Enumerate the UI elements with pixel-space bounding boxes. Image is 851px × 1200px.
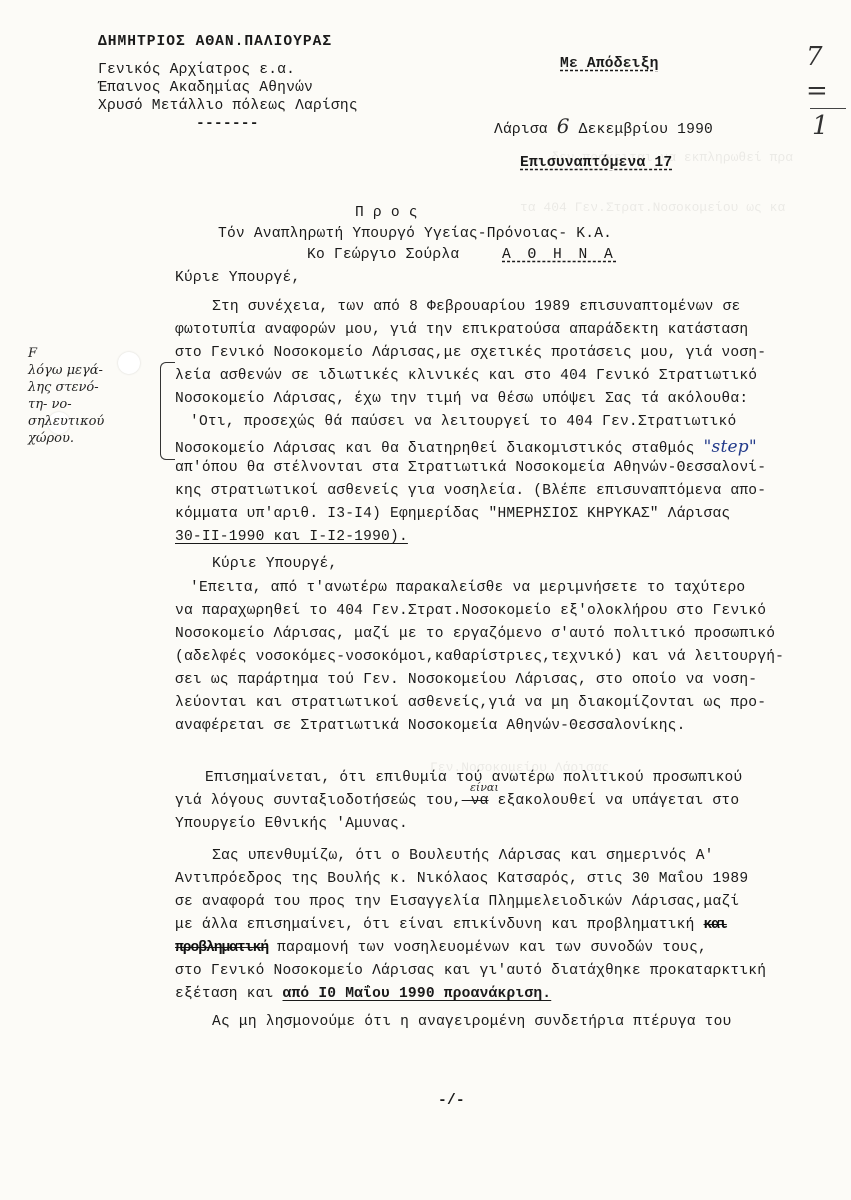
paragraph-line: κόμματα υπ'αριθ. Ι3-Ι4) Εφημερίδας "ΗΜΕΡ… — [175, 506, 730, 522]
place-date: Λάρισα 6 Δεκεμβρίου 1990 — [494, 114, 713, 138]
separator-line: ------- — [196, 116, 259, 132]
attachments-count: Επισυναπτόμενα 17 — [520, 155, 672, 171]
margin-note-line: λόγω μεγά- — [28, 362, 178, 379]
handwritten-day: 6 — [557, 114, 570, 138]
paragraph-line: σει ως παράρτημα τού Γεν. Νοσοκομείου Λά… — [175, 672, 757, 688]
recipient-line1: Τόν Αναπληρωτή Υπουργό Υγείας-Πρόνοιας- … — [218, 226, 612, 242]
paragraph-text: παραμονή των νοσηλευομένων και των συνοδ… — [268, 940, 707, 956]
paragraph-line: λεύονται και στρατιωτικοί ασθενείς,γιά ν… — [175, 695, 766, 711]
margin-note-line: F — [28, 345, 178, 362]
paragraph-line: Αντιπρόεδρος της Βουλής κ. Νικόλαος Κατσ… — [175, 871, 748, 887]
margin-note-line: τη- νο- — [28, 396, 178, 413]
handwritten-insert: είναι — [470, 781, 499, 794]
sender-title: Χρυσό Μετάλλιο πόλεως Λαρίσης — [98, 98, 358, 114]
sender-name: ΔΗΜΗΤΡΙΟΣ ΑΘΑΝ.ΠΑΛΙΟΥΡΑΣ — [98, 34, 332, 50]
paragraph-text: εξέταση και — [175, 986, 283, 1002]
document-page: ……… δεν πρόκειται να εκπληρωθεί πρα τα 4… — [0, 0, 851, 1200]
paragraph-line: γιά λόγους συνταξιοδοτήσεώς του, να εξακ… — [175, 793, 739, 809]
recipient-city: Α Θ Η Ν Α — [502, 247, 617, 263]
paragraph-text: εξακολουθεί να υπάγεται στο — [489, 793, 740, 809]
corner-annotation-bottom: 1 — [812, 109, 851, 143]
paragraph-line: εξέταση και από Ι0 Μαΐου 1990 προανάκρισ… — [175, 986, 551, 1002]
date-rest: Δεκεμβρίου 1990 — [579, 122, 713, 138]
corner-annotation: 7 = 1 — [806, 40, 851, 143]
salutation: Κύριε Υπουργέ, — [212, 556, 337, 572]
paragraph-line: 30-ΙΙ-1990 και Ι-Ι2-1990). — [175, 529, 408, 545]
paragraph-line: απ'όπου θα στέλνονται στα Στρατιωτικά Νο… — [175, 460, 766, 476]
paragraph-line: σε αναφορά του προς την Εισαγγελία Πλημμ… — [175, 894, 739, 910]
delivery-note: Με Απόδειξη — [560, 56, 659, 72]
paragraph-line: αναφέρεται σε Στρατιωτικά Νοσοκομεία Αθη… — [175, 718, 686, 734]
paragraph-text: με άλλα επισημαίνει, ότι είναι επικίνδυν… — [175, 917, 695, 933]
paragraph-line: στο Γενικό Νοσοκομείο Λάρισας,με σχετικέ… — [175, 345, 766, 361]
page-continuation-marker: -/- — [438, 1093, 465, 1109]
paragraph-line: Υπουργείο Εθνικής 'Αμυνας. — [175, 816, 408, 832]
sender-title: Γενικός Αρχίατρος ε.α. — [98, 62, 295, 78]
paragraph-line: 'Επειτα, από τ'ανωτέρω παρακαλείσθε να μ… — [190, 580, 745, 596]
sender-title: Έπαινος Ακαδημίας Αθηνών — [98, 80, 313, 96]
paragraph-text: Νοσοκομείο Λάρισας και θα διατηρηθεί δια… — [175, 441, 695, 457]
underlined-text: από Ι0 Μαΐου 1990 προανάκριση. — [283, 986, 552, 1002]
struck-text: να — [462, 793, 489, 809]
recipient-name: Κο Γεώργιο Σούρλα — [307, 247, 459, 263]
paragraph-line: στο Γενικό Νοσοκομείο Λάρισας και γι'αυτ… — [175, 963, 766, 979]
paragraph-line: Σας υπενθυμίζω, ότι ο Βουλευτής Λάρισας … — [212, 848, 714, 864]
struck-text: και — [704, 917, 727, 933]
paragraph-line: 'Οτι, προσεχώς θά παύσει να λειτουργεί τ… — [190, 414, 736, 430]
paragraph-line: με άλλα επισημαίνει, ότι είναι επικίνδυν… — [175, 917, 727, 933]
paragraph-line: προβληματική παραμονή των νοσηλευομένων … — [175, 940, 707, 956]
place: Λάρισα — [494, 122, 548, 138]
corner-annotation-top: 7 = — [806, 40, 851, 108]
paragraph-line: Στη συνέχεια, των από 8 Φεβρουαρίου 1989… — [212, 299, 741, 315]
paragraph-line: να παραχωρηθεί το 404 Γεν.Στρατ.Νοσοκομε… — [175, 603, 766, 619]
paragraph-line: (αδελφές νοσοκόμες-νοσοκόμοι,καθαρίστριε… — [175, 649, 784, 665]
margin-note-line: σηλευτικού — [28, 413, 178, 430]
paragraph-line: Νοσοκομείο Λάρισας, έχω την τιμή να θέσω… — [175, 391, 748, 407]
paragraph-line: Νοσοκομείο Λάρισας και θα διατηρηθεί δια… — [175, 437, 757, 457]
margin-note: F λόγω μεγά- λης στενό- τη- νο- σηλευτικ… — [28, 345, 178, 447]
struck-text: προβληματική — [175, 940, 268, 956]
paragraph-line: λεία ασθενών σε ιδιωτικές κλινικές και σ… — [175, 368, 757, 384]
salutation: Κύριε Υπουργέ, — [175, 270, 300, 286]
paragraph-line: κης στρατιωτικοί ασθενείς για νοσηλεία. … — [175, 483, 766, 499]
margin-note-line: χώρου. — [28, 430, 178, 447]
pros-label: Π ρ ο ς — [355, 205, 418, 221]
margin-note-line: λης στενό- — [28, 379, 178, 396]
paragraph-text: γιά λόγους συνταξιοδοτήσεώς του, — [175, 793, 462, 809]
handwritten-step: "step" — [704, 437, 757, 457]
paragraph-line: Ας μη λησμονούμε ότι η αναγειρομένη συνδ… — [212, 1014, 732, 1030]
paragraph-line: φωτοτυπία αναφορών μου, γιά την επικρατο… — [175, 322, 748, 338]
paragraph-line: Νοσοκομείο Λάρισας, μαζί με το εργαζόμεν… — [175, 626, 775, 642]
bleed-through-text: τα 404 Γεν.Στρατ.Νοσοκομείου ως κα — [520, 200, 785, 215]
